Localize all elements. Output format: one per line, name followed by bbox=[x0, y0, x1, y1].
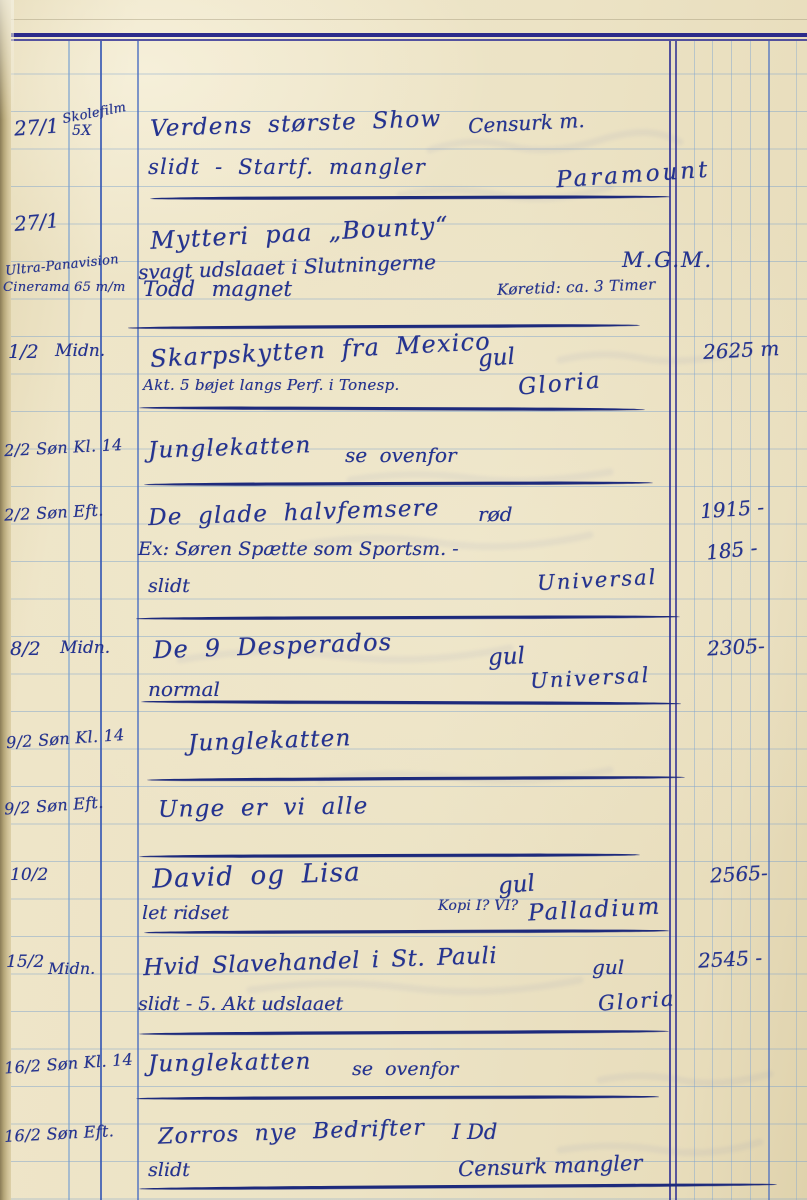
column-rule-minor-2 bbox=[712, 41, 713, 1200]
film-length: 2565- bbox=[710, 863, 769, 886]
column-rule-minor-1 bbox=[694, 41, 695, 1200]
film-length: 2625 m bbox=[703, 338, 780, 362]
copy-number-note: Kopi I? VI? bbox=[438, 899, 518, 913]
ledger-page: 27/1 Skolefilm 5X Verdens største Show C… bbox=[0, 0, 807, 1200]
column-rule-time bbox=[100, 41, 102, 1200]
entry-time: Midn. bbox=[48, 961, 95, 977]
distributor: Gloria bbox=[597, 988, 676, 1014]
reference-note: se ovenfor bbox=[345, 445, 457, 465]
binding-edge bbox=[0, 0, 11, 1200]
color-code: gul bbox=[592, 957, 624, 977]
column-rule-amount-left-b bbox=[675, 41, 677, 1200]
color-code: rød bbox=[478, 504, 512, 524]
column-rule-date bbox=[68, 41, 70, 1200]
film-title: Junglekatten bbox=[148, 434, 312, 463]
condition-note: slidt bbox=[148, 577, 190, 596]
entry-date: 10/2 bbox=[10, 867, 48, 884]
reference-note: se ovenfor bbox=[352, 1060, 458, 1079]
condition-note: slidt bbox=[148, 1161, 190, 1180]
condition-note: slidt - 5. Akt udslaaet bbox=[138, 995, 343, 1014]
film-title: David og Lisa bbox=[152, 859, 362, 892]
film-title: Junglekatten bbox=[148, 1051, 312, 1077]
color-code: gul bbox=[477, 346, 515, 372]
censor-note: Censurk m. bbox=[468, 110, 585, 136]
entry-time: Midn. bbox=[60, 640, 110, 657]
film-length: 2545 - bbox=[698, 947, 763, 970]
entry-date: 1/2 bbox=[8, 343, 39, 362]
paper-crease bbox=[0, 19, 807, 20]
condition-note: slidt - Startf. mangler bbox=[148, 157, 426, 178]
entry-date: 8/2 bbox=[10, 640, 41, 659]
column-rule-amount-right bbox=[768, 41, 770, 1200]
film-title: Unge er vi alle bbox=[158, 795, 369, 822]
entry-time: Midn. bbox=[55, 343, 105, 360]
condition-note: let ridset bbox=[142, 904, 229, 923]
column-rule-minor-4 bbox=[750, 41, 751, 1200]
extra-short-note: Ex: Søren Spætte som Sportsm. - bbox=[138, 540, 459, 559]
binding-edge-highlight bbox=[0, 0, 14, 120]
sound-format-note: Todd magnet bbox=[143, 279, 292, 300]
film-title: Junglekatten bbox=[188, 727, 352, 756]
color-code: gul bbox=[487, 645, 525, 670]
entry-date: 15/2 bbox=[6, 954, 44, 971]
distributor: M.G.M. bbox=[622, 250, 713, 271]
entry-date: 27/1 bbox=[13, 210, 59, 234]
film-length: 2305- bbox=[707, 636, 766, 659]
film-length: 1915 - bbox=[699, 497, 764, 521]
column-rule-minor-3 bbox=[731, 41, 732, 1200]
column-rule-amount-left-a bbox=[669, 41, 671, 1200]
entry-margin-note: 5X bbox=[72, 124, 91, 138]
film-length-extra: 185 - bbox=[705, 537, 758, 562]
column-rule-edge bbox=[796, 41, 797, 1200]
column-rule-text-start bbox=[137, 41, 139, 1200]
top-header-rule-thin bbox=[0, 39, 807, 41]
entry-margin-note: Cinerama 65 m/m bbox=[3, 281, 126, 294]
condition-note: Akt. 5 bøjet langs Perf. i Tonesp. bbox=[143, 378, 399, 393]
top-header-rule bbox=[0, 33, 807, 37]
condition-note: normal bbox=[148, 679, 220, 699]
format-note: I Dd bbox=[452, 1122, 497, 1143]
color-code: gul bbox=[497, 872, 536, 898]
entry-date: 27/1 bbox=[13, 115, 59, 138]
